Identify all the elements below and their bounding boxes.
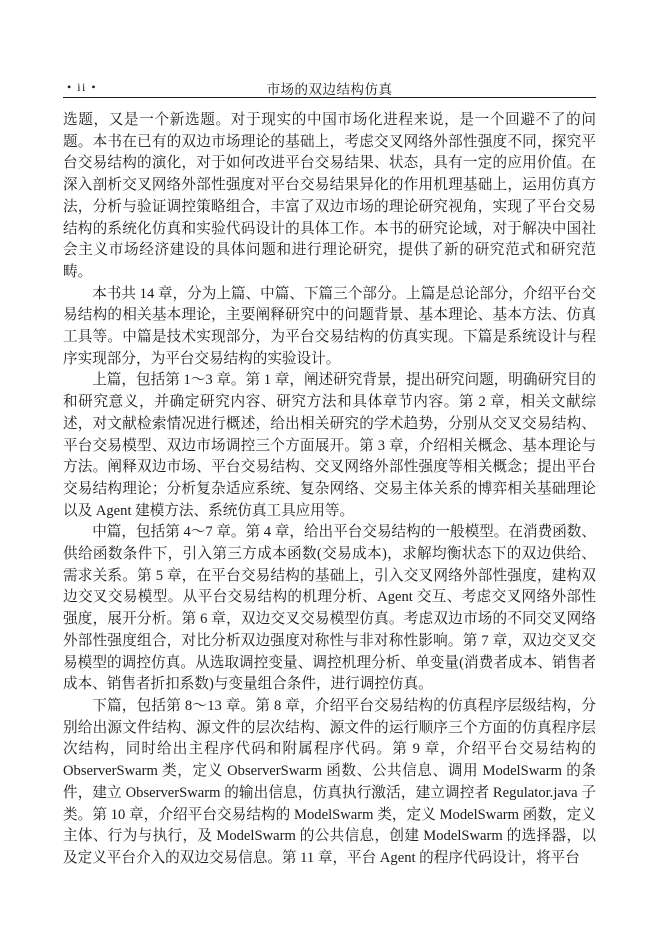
running-title: 市场的双边结构仿真 <box>63 78 596 98</box>
header-rule <box>63 97 596 98</box>
paragraph-5: 下篇，包括第 8～13 章。第 8 章，介绍平台交易结构的仿真程序层级结构，分别… <box>63 696 596 870</box>
paragraph-3: 上篇，包括第 1～3 章。第 1 章，阐述研究背景，提出研究问题，明确研究目的和… <box>63 370 596 522</box>
paragraph-1: 选题，又是一个新选题。对于现实的中国市场化进程来说，是一个回避不了的问题。本书在… <box>63 110 596 284</box>
running-header: • ii • 市场的双边结构仿真 <box>63 78 596 96</box>
paragraph-4: 中篇，包括第 4～7 章。第 4 章，给出平台交易结构的一般模型。在消费函数、供… <box>63 522 596 696</box>
paragraph-2: 本书共 14 章，分为上篇、中篇、下篇三个部分。上篇是总论部分，介绍平台交易结构… <box>63 284 596 371</box>
page-body: 选题，又是一个新选题。对于现实的中国市场化进程来说，是一个回避不了的问题。本书在… <box>63 110 596 870</box>
document-page: • ii • 市场的双边结构仿真 选题，又是一个新选题。对于现实的中国市场化进程… <box>0 0 661 925</box>
